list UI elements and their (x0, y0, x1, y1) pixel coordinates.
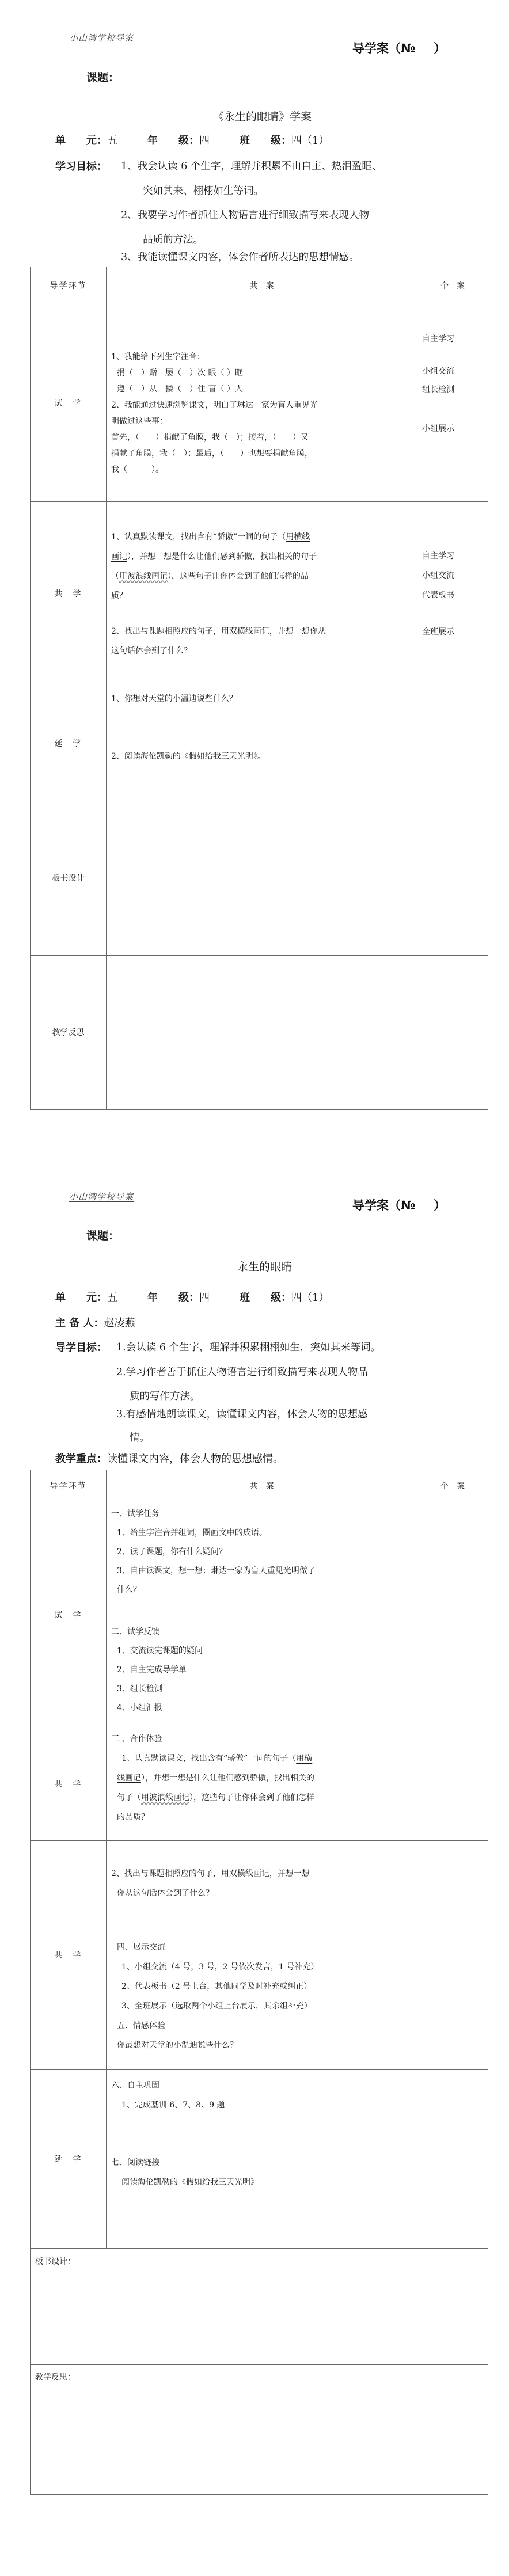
text-line: 2、找出与课题相照应的句子，用双横线画记，并想一想你从 (111, 622, 412, 641)
extend-side[interactable] (417, 2070, 488, 2249)
grade-label: 年 级： (147, 1289, 199, 1304)
meta-row: 单 元： 五 年 级： 四 班 级： 四（1） (55, 132, 329, 147)
text-line: 五．情感体验 (111, 2016, 412, 2035)
author-label: 主 备 人： (55, 1315, 104, 1330)
try-content: 1、我能给下列生字注音： 捐（ ）赠 屡（ ）次 眼（ ）眶 遵（ ）从 搂（ … (107, 305, 417, 502)
stage-share: 共 学 (31, 502, 107, 686)
underline-single: 画记 (111, 552, 127, 561)
side-note: 小组展示 (422, 421, 488, 437)
text-line: 1、认真默读课文，找出含有“骄傲”一词的句子（用横线 (111, 527, 412, 547)
focus-row: 教学重点： 读懂课文内容，体会人物的思想感情。 (55, 1451, 283, 1466)
stage-share: 共 学 (31, 1841, 107, 2070)
class-label: 班 级： (240, 1289, 291, 1304)
unit-value: 五 (107, 1289, 147, 1304)
doc-number: 导学案（№） (352, 1196, 446, 1213)
side-note: 自主学习 (422, 331, 488, 347)
unit-label: 单 元： (55, 132, 107, 147)
text-line: 七、阅读链接 (111, 2153, 412, 2172)
stage-share: 共 学 (31, 1728, 107, 1841)
goal-line: 2.学习作者善于抓住人物语言进行细致描写来表现人物品 (116, 1364, 368, 1379)
goal-line: 1、我会认读 6 个生字，理解并积累不由自主、热泪盈眶、 (121, 158, 382, 173)
text-line: 2、代表板书（2 号上台，其他同学及时补充或纠正） (111, 1977, 412, 1996)
share-1-side[interactable] (417, 1728, 488, 1841)
table-row-extend: 延 学 1、你想对天堂的小温迪说些什么？ 2、阅读海伦凯勒的《假如给我三天光明》… (31, 686, 488, 801)
side-note: 组长检测 (422, 382, 488, 398)
try-content: 一、试学任务 1、给生字注音并组词，圈画文中的成语。 2、读了课题，你有什么疑问… (107, 1502, 417, 1728)
goal-line: 情。 (130, 1430, 150, 1444)
author-row: 主 备 人： 赵凌燕 (55, 1315, 135, 1330)
text-line: 4、小组汇报 (111, 1699, 412, 1718)
reflection-label: 教学反思： (35, 2373, 75, 2382)
side-note: 自主学习 (422, 546, 488, 566)
side-note: 小组交流 (422, 566, 488, 585)
text-line: 捐献了角膜，我（ ）；最后，（ ）也想要捐献角膜， (111, 446, 412, 462)
lesson-plan-table: 导学环节 共 案 个 案 试 学 一、试学任务 1、给生字注音并组词，圈画文中的… (30, 1470, 488, 2495)
table-row-try: 试 学 1、我能给下列生字注音： 捐（ ）赠 屡（ ）次 眼（ ）眶 遵（ ）从… (31, 305, 488, 502)
side-note: 代表板书 (422, 585, 488, 605)
goal-line: 2、我要学习作者抓住人物语言进行细致描写来表现人物 (121, 207, 369, 222)
text-line: 1、认真默读课文，找出含有“骄傲”一词的句子（用横 (111, 1749, 412, 1768)
underline-single: 线画记 (117, 1774, 141, 1783)
table-row-reflection: 教学反思： (31, 2365, 488, 2495)
share-content: 1、认真默读课文，找出含有“骄傲”一词的句子（用横线 画记），并想一想是什么让他… (107, 502, 417, 686)
focus-value: 读懂课文内容，体会人物的思想感情。 (107, 1451, 283, 1466)
doc-number: 导学案（№） (352, 39, 446, 56)
text-line: 1、我能给下列生字注音： (111, 349, 412, 365)
text-line: 你最想对天堂的小温迪说些什么？ (111, 2035, 412, 2055)
text-line: 明做过这些事： (111, 413, 412, 429)
text-line: 我（ ）。 (111, 462, 412, 478)
text-line: 的品质？ (111, 1808, 412, 1827)
underline-single: 用横 (296, 1754, 312, 1763)
goals-label: 学习目标： (55, 158, 107, 173)
page-title: 永生的眼睛 (237, 1258, 292, 1274)
table-row-board-design: 板书设计： (31, 2249, 488, 2365)
try-side-notes[interactable] (417, 1502, 488, 1728)
class-value: 四（1） (291, 1289, 329, 1304)
board-design-label: 板书设计： (35, 2257, 75, 2266)
text-line: 什么？ (111, 1581, 412, 1600)
goals-label: 导学目标： (55, 1340, 107, 1354)
table-header-row: 导学环节 共 案 个 案 (31, 267, 488, 305)
reflection-side[interactable] (417, 956, 488, 1110)
header-individual-plan: 个 案 (417, 1470, 488, 1502)
extend-side-notes (417, 686, 488, 801)
board-design-content[interactable] (107, 801, 417, 956)
goal-line: 质的写作方法。 (130, 1388, 200, 1403)
text-line: 2、找出与课题相照应的句子，用双横线画记，并想一想 (111, 1864, 412, 1884)
reflection-cell[interactable]: 教学反思： (31, 2365, 488, 2495)
text-line: （用波浪线画记），这些句子让你体会到了他们怎样的品 (111, 566, 412, 586)
text-line: 1、给生字注音并组词，圈画文中的成语。 (111, 1524, 412, 1543)
reflection-content[interactable] (107, 956, 417, 1110)
grade-value: 四 (199, 1289, 240, 1304)
stage-reflection: 教学反思 (31, 956, 107, 1110)
grade-label: 年 级： (147, 132, 199, 147)
text-line: 1、你想对天堂的小温迪说些什么？ (111, 691, 412, 707)
underline-wavy: 用波浪线画记 (141, 1793, 189, 1802)
text-line: 1、完成基训 6、7、8、9 题 (111, 2095, 412, 2115)
underline-double: 双横线画记 (229, 1869, 269, 1878)
goal-line: 突如其来、栩栩如生等词。 (143, 183, 264, 197)
text-line: 一、试学任务 (111, 1505, 412, 1524)
goal-line: 3.有感情地朗读课文，读懂课文内容，体会人物的思想感 (116, 1406, 368, 1421)
grade-value: 四 (199, 132, 240, 147)
unit-value: 五 (107, 132, 147, 147)
text-line: 1、交流读完课题的疑问 (111, 1642, 412, 1661)
school-name: 小山湾学校导案 (69, 32, 134, 44)
text-line: 3、组长检测 (111, 1680, 412, 1699)
text-line: 三 、合作体验 (111, 1729, 412, 1749)
header-shared-plan: 共 案 (107, 267, 417, 305)
text-line: 1、小组交流（4 号，3 号，2 号依次发言，1 号补充） (111, 1957, 412, 1977)
doc-number-close: ） (434, 41, 446, 55)
text-line: 2、阅读海伦凯勒的《假如给我三天光明》。 (111, 748, 412, 764)
header-stage: 导学环节 (31, 1470, 107, 1502)
text-line: 3、自由读课文，想一想：琳达一家为盲人重见光明做了 (111, 1562, 412, 1581)
side-note: 小组交流 (422, 363, 488, 379)
underline-double: 双横线画记 (229, 627, 269, 636)
text-line: 2、我能通过快速浏览课文，明白了琳达一家为盲人重见光 (111, 397, 412, 413)
header-shared-plan: 共 案 (107, 1470, 417, 1502)
table-row-share-1: 共 学 三 、合作体验 1、认真默读课文，找出含有“骄傲”一词的句子（用横 线画… (31, 1728, 488, 1841)
text-line: 二、试学反馈 (111, 1623, 412, 1642)
extend-content: 1、你想对天堂的小温迪说些什么？ 2、阅读海伦凯勒的《假如给我三天光明》。 (107, 686, 417, 801)
stage-try: 试 学 (31, 1502, 107, 1728)
share-side-notes: 自主学习 小组交流 代表板书 全班展示 (417, 502, 488, 686)
text-line: 六、自主巩固 (111, 2076, 412, 2095)
text-line: 这句话体会到了什么？ (111, 641, 412, 661)
doc-number-label: 导学案（№ (352, 41, 415, 55)
page-title: 《永生的眼睛》学案 (213, 108, 312, 124)
topic-label: 课题： (86, 1227, 119, 1243)
author-value: 赵凌燕 (104, 1315, 135, 1330)
text-line: 阅读海伦凯勒的《假如给我三天光明》 (111, 2172, 412, 2192)
side-note: 全班展示 (422, 622, 488, 642)
meta-row: 单 元： 五 年 级： 四 班 级： 四（1） (55, 1289, 329, 1304)
share-1-content: 三 、合作体验 1、认真默读课文，找出含有“骄傲”一词的句子（用横 线画记），并… (107, 1728, 417, 1841)
table-row-reflection: 教学反思 (31, 956, 488, 1110)
text-line: 句子（用波浪线画记），这些句子让你体会到了他们怎样 (111, 1788, 412, 1808)
table-header-row: 导学环节 共 案 个 案 (31, 1470, 488, 1502)
doc-number-label: 导学案（№ (352, 1198, 415, 1212)
table-row-share: 共 学 1、认真默读课文，找出含有“骄傲”一词的句子（用横线 画记），并想一想是… (31, 502, 488, 686)
text-line: 你从这句话体会到了什么？ (111, 1884, 412, 1903)
try-side-notes: 自主学习 小组交流 组长检测 小组展示 (417, 305, 488, 502)
share-2-side[interactable] (417, 1841, 488, 2070)
stage-try: 试 学 (31, 305, 107, 502)
header-stage: 导学环节 (31, 267, 107, 305)
text-line: 线画记），并想一想是什么让他们感到骄傲，找出相关的 (111, 1768, 412, 1788)
class-value: 四（1） (291, 132, 329, 147)
table-row-share-2: 共 学 2、找出与课题相照应的句子，用双横线画记，并想一想 你从这句话体会到了什… (31, 1841, 488, 2070)
goal-line: 品质的方法。 (143, 232, 203, 246)
board-design-side[interactable] (417, 801, 488, 956)
text-line: 遵（ ）从 搂（ ）住 盲（ ）人 (111, 381, 412, 397)
text-line: 3、全班展示（选取两个小组上台展示，其余组补充） (111, 1996, 412, 2016)
focus-label: 教学重点： (55, 1451, 107, 1466)
stage-extend: 延 学 (31, 2070, 107, 2249)
text-line: 画记），并想一想是什么让他们感到骄傲，找出相关的句子 (111, 547, 412, 566)
underline-single: 用横线 (286, 532, 310, 542)
table-row-board-design: 板书设计 (31, 801, 488, 956)
lesson-plan-table: 导学环节 共 案 个 案 试 学 1、我能给下列生字注音： 捐（ ）赠 屡（ ）… (30, 267, 488, 1110)
text-line: 首先，（ ）捐献了角膜，我（ ）；接着，（ ）又 (111, 429, 412, 446)
stage-extend: 延 学 (31, 686, 107, 801)
unit-label: 单 元： (55, 1289, 107, 1304)
table-row-try: 试 学 一、试学任务 1、给生字注音并组词，圈画文中的成语。 2、读了课题，你有… (31, 1502, 488, 1728)
text-line: 质？ (111, 586, 412, 606)
goal-line: 3、我能读懂课文内容，体会作者所表达的思想情感。 (121, 249, 359, 264)
text-line: 四、展示交流 (111, 1938, 412, 1957)
extend-content: 六、自主巩固 1、完成基训 6、7、8、9 题 七、阅读链接 阅读海伦凯勒的《假… (107, 2070, 417, 2249)
board-design-cell[interactable]: 板书设计： (31, 2249, 488, 2365)
header-individual-plan: 个 案 (417, 267, 488, 305)
topic-label: 课题： (86, 69, 119, 85)
text-line: 捐（ ）赠 屡（ ）次 眼（ ）眶 (111, 365, 412, 381)
class-label: 班 级： (240, 132, 291, 147)
goal-line: 1.会认读 6 个生字，理解并积累栩栩如生，突如其来等词。 (116, 1340, 381, 1354)
text-line: 2、自主完成导学单 (111, 1661, 412, 1680)
table-row-extend: 延 学 六、自主巩固 1、完成基训 6、7、8、9 题 七、阅读链接 阅读海伦凯… (31, 2070, 488, 2249)
school-name: 小山湾学校导案 (69, 1190, 134, 1203)
underline-wavy: 用波浪线画记 (119, 572, 168, 581)
stage-board-design: 板书设计 (31, 801, 107, 956)
doc-number-close: ） (434, 1198, 446, 1212)
text-line: 2、读了课题，你有什么疑问？ (111, 1543, 412, 1562)
share-2-content: 2、找出与课题相照应的句子，用双横线画记，并想一想 你从这句话体会到了什么？ 四… (107, 1841, 417, 2070)
